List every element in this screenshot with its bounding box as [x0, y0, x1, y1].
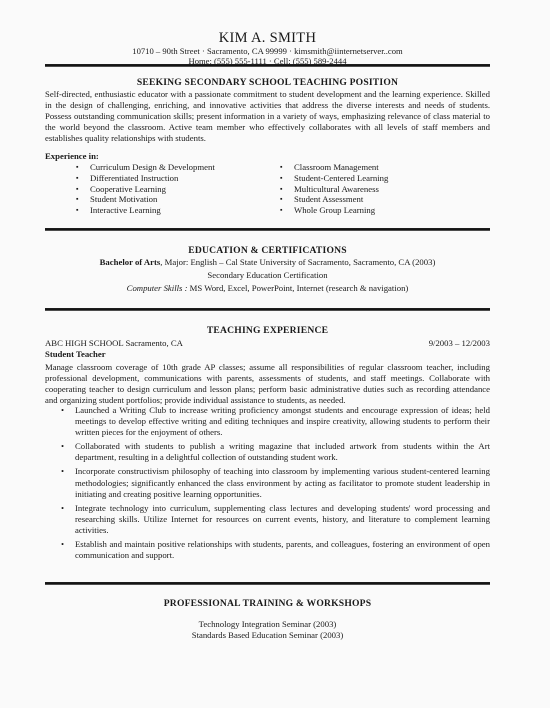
bullet-icon: ▪ [280, 194, 282, 205]
education-heading: EDUCATION & CERTIFICATIONS [45, 245, 490, 256]
certification-line: Secondary Education Certification [45, 270, 490, 282]
skills-left-column: ▪Curriculum Design & Development ▪Differ… [90, 162, 215, 216]
achievements-list: •Launched a Writing Club to increase wri… [75, 405, 490, 564]
bullet-icon: ▪ [76, 173, 78, 184]
skill-item: ▪Interactive Learning [90, 205, 215, 216]
computer-skills-value: MS Word, Excel, PowerPoint, Internet (re… [187, 283, 408, 293]
achievement-item: •Collaborated with students to publish a… [75, 441, 490, 463]
bullet-icon: • [61, 405, 64, 416]
computer-skills-label: Computer Skills : [127, 283, 188, 293]
experience-in-label: Experience in: [45, 151, 99, 161]
skill-item: ▪Whole Group Learning [294, 205, 388, 216]
bullet-icon: ▪ [280, 205, 282, 216]
bullet-icon: ▪ [76, 162, 78, 173]
achievement-item: •Establish and maintain positive relatio… [75, 539, 490, 561]
skill-item: ▪Classroom Management [294, 162, 388, 173]
achievement-item: •Incorporate constructivism philosophy o… [75, 466, 490, 499]
achievement-item: •Launched a Writing Club to increase wri… [75, 405, 490, 438]
job-dates: 9/2003 – 12/2003 [390, 338, 490, 348]
skill-item: ▪Student-Centered Learning [294, 173, 388, 184]
divider-rule [45, 582, 490, 585]
skill-item: ▪Student Assessment [294, 194, 388, 205]
degree-details: , Major: English – Cal State University … [160, 257, 435, 267]
divider-rule [45, 308, 490, 311]
job-title: Student Teacher [45, 349, 106, 359]
achievement-item: •Integrate technology into curriculum, s… [75, 503, 490, 536]
bullet-icon: ▪ [76, 194, 78, 205]
job-description: Manage classroom coverage of 10th grade … [45, 362, 490, 406]
skill-item: ▪Curriculum Design & Development [90, 162, 215, 173]
bullet-icon: ▪ [280, 184, 282, 195]
candidate-name: KIM A. SMITH [45, 30, 490, 47]
bullet-icon: ▪ [280, 173, 282, 184]
bullet-icon: • [61, 539, 64, 550]
bullet-icon: ▪ [280, 162, 282, 173]
experience-heading: TEACHING EXPERIENCE [45, 325, 490, 336]
bullet-icon: • [61, 441, 64, 452]
divider-rule [45, 228, 490, 231]
training-item: Standards Based Education Seminar (2003) [45, 630, 490, 642]
employer: ABC HIGH SCHOOL Sacramento, CA [45, 338, 183, 348]
skill-item: ▪Differentiated Instruction [90, 173, 215, 184]
skill-item: ▪Student Motivation [90, 194, 215, 205]
summary-paragraph: Self-directed, enthusiastic educator wit… [45, 89, 490, 144]
skill-item: ▪Multicultural Awareness [294, 184, 388, 195]
bullet-icon: • [61, 466, 64, 477]
skill-item: ▪Cooperative Learning [90, 184, 215, 195]
divider-rule [45, 64, 490, 67]
degree-name: Bachelor of Arts [100, 257, 161, 267]
degree-line: Bachelor of Arts, Major: English – Cal S… [45, 257, 490, 269]
computer-skills-line: Computer Skills : MS Word, Excel, PowerP… [45, 283, 490, 295]
skills-right-column: ▪Classroom Management ▪Student-Centered … [294, 162, 388, 216]
bullet-icon: ▪ [76, 184, 78, 195]
objective-heading: SEEKING SECONDARY SCHOOL TEACHING POSITI… [45, 77, 490, 88]
training-item: Technology Integration Seminar (2003) [45, 619, 490, 631]
bullet-icon: • [61, 503, 64, 514]
training-heading: PROFESSIONAL TRAINING & WORKSHOPS [45, 598, 490, 609]
bullet-icon: ▪ [76, 205, 78, 216]
